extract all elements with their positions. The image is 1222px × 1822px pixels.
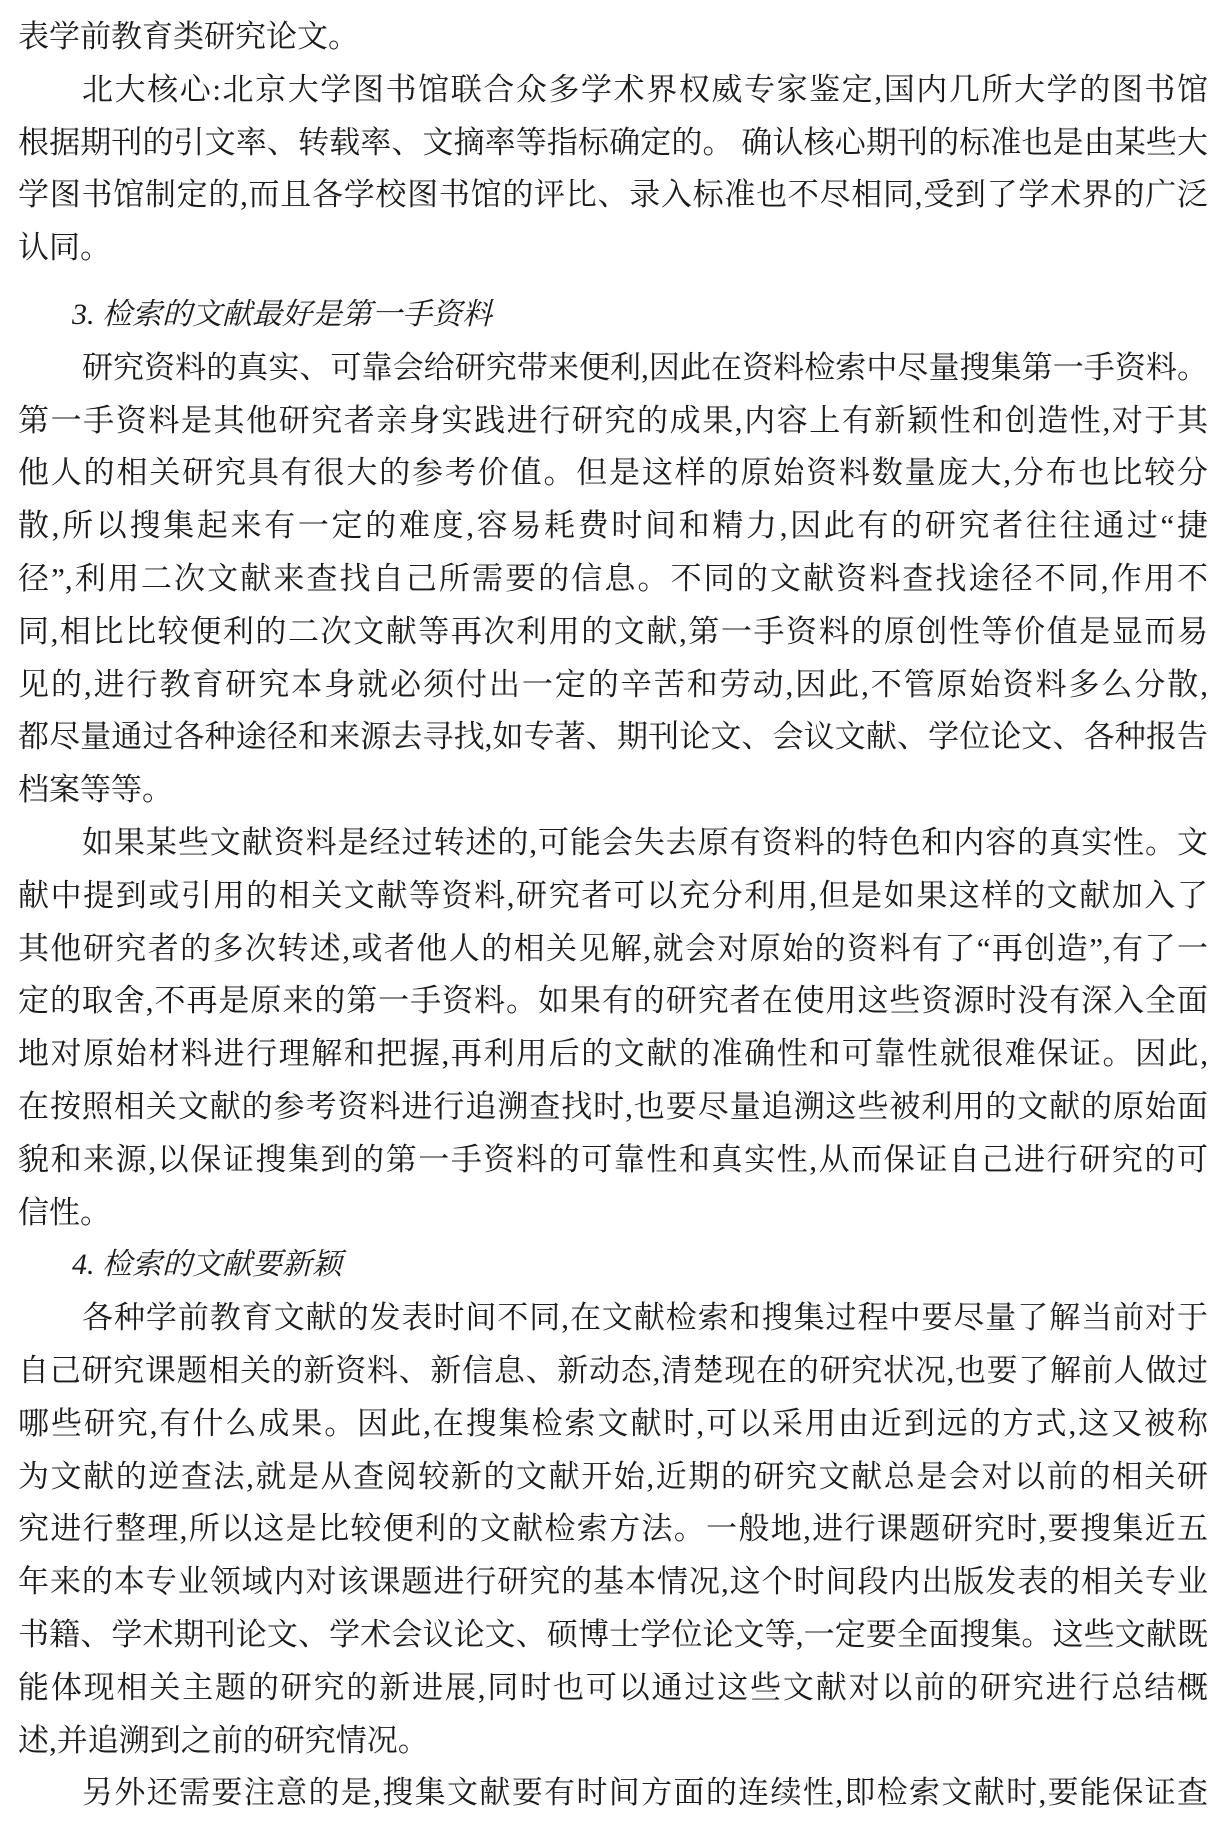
text-line: 自己研究课题相关的新资料、新信息、新动态,清楚现在的研究状况,也要了解前人做过 <box>18 1345 1208 1398</box>
text-line: 根据期刊的引文率、转载率、文摘率等指标确定的。 确认核心期刊的标准也是由某些大 <box>18 117 1208 170</box>
page-text: 表学前教育类研究论文。北大核心:北京大学图书馆联合众多学术界权威专家鉴定,国内几… <box>18 11 1208 1820</box>
text-line: 他人的相关研究具有很大的参考价值。但是这样的原始资料数量庞大,分布也比较分 <box>18 447 1208 500</box>
text-line: 认同。 <box>18 222 1208 275</box>
text-line: 信性。 <box>18 1187 1208 1240</box>
text-line: 另外还需要注意的是,搜集文献要有时间方面的连续性,即检索文献时,要能保证查 <box>18 1767 1208 1820</box>
text-line: 表学前教育类研究论文。 <box>18 11 1208 64</box>
text-line: 研究资料的真实、可靠会给研究带来便利,因此在资料检索中尽量搜集第一手资料。 <box>18 342 1208 395</box>
text-line: 如果某些文献资料是经过转述的,可能会失去原有资料的特色和内容的真实性。文 <box>18 817 1208 870</box>
text-line: 见的,进行教育研究本身就必须付出一定的辛苦和劳动,因此,不管原始资料多么分散, <box>18 659 1208 712</box>
text-line: 述,并追溯到之前的研究情况。 <box>18 1715 1208 1768</box>
text-line: 哪些研究,有什么成果。因此,在搜集检索文献时,可以采用由近到远的方式,这又被称 <box>18 1398 1208 1451</box>
text-line: 貌和来源,以保证搜集到的第一手资料的可靠性和真实性,从而保证自己进行研究的可 <box>18 1134 1208 1187</box>
text-line: 散,所以搜集起来有一定的难度,容易耗费时间和精力,因此有的研究者往往通过“捷 <box>18 500 1208 553</box>
heading-line: 4. 检索的文献要新颖 <box>18 1239 1208 1292</box>
text-line: 同,相比比较便利的二次文献等再次利用的文献,第一手资料的原创性等价值是显而易 <box>18 606 1208 659</box>
text-line: 究进行整理,所以这是比较便利的文献检索方法。一般地,进行课题研究时,要搜集近五 <box>18 1503 1208 1556</box>
document-page: 表学前教育类研究论文。北大核心:北京大学图书馆联合众多学术界权威专家鉴定,国内几… <box>0 0 1222 1822</box>
text-line: 北大核心:北京大学图书馆联合众多学术界权威专家鉴定,国内几所大学的图书馆 <box>18 64 1208 117</box>
text-line: 定的取舍,不再是原来的第一手资料。如果有的研究者在使用这些资源时没有深入全面 <box>18 975 1208 1028</box>
text-line: 学图书馆制定的,而且各学校图书馆的评比、录入标准也不尽相同,受到了学术界的广泛 <box>18 169 1208 222</box>
text-line: 在按照相关文献的参考资料进行追溯查找时,也要尽量追溯这些被利用的文献的原始面 <box>18 1081 1208 1134</box>
text-line: 年来的本专业领域内对该课题进行研究的基本情况,这个时间段内出版发表的相关专业 <box>18 1556 1208 1609</box>
text-line: 书籍、学术期刊论文、学术会议论文、硕博士学位论文等,一定要全面搜集。这些文献既 <box>18 1609 1208 1662</box>
text-line: 档案等等。 <box>18 764 1208 817</box>
text-line: 第一手资料是其他研究者亲身实践进行研究的成果,内容上有新颖性和创造性,对于其 <box>18 395 1208 448</box>
text-line: 径”,利用二次文献来查找自己所需要的信息。不同的文献资料查找途径不同,作用不 <box>18 553 1208 606</box>
text-line: 都尽量通过各种途径和来源去寻找,如专著、期刊论文、会议文献、学位论文、各种报告或 <box>18 711 1208 764</box>
text-line: 献中提到或引用的相关文献等资料,研究者可以充分利用,但是如果这样的文献加入了 <box>18 870 1208 923</box>
text-line: 各种学前教育文献的发表时间不同,在文献检索和搜集过程中要尽量了解当前对于 <box>18 1292 1208 1345</box>
text-line: 为文献的逆查法,就是从查阅较新的文献开始,近期的研究文献总是会对以前的相关研 <box>18 1451 1208 1504</box>
text-line: 其他研究者的多次转述,或者他人的相关见解,就会对原始的资料有了“再创造”,有了一 <box>18 923 1208 976</box>
heading-line: 3. 检索的文献最好是第一手资料 <box>18 289 1208 342</box>
text-line: 地对原始材料进行理解和把握,再利用后的文献的准确性和可靠性就很难保证。因此, <box>18 1028 1208 1081</box>
text-line: 能体现相关主题的研究的新进展,同时也可以通过这些文献对以前的研究进行总结概 <box>18 1662 1208 1715</box>
